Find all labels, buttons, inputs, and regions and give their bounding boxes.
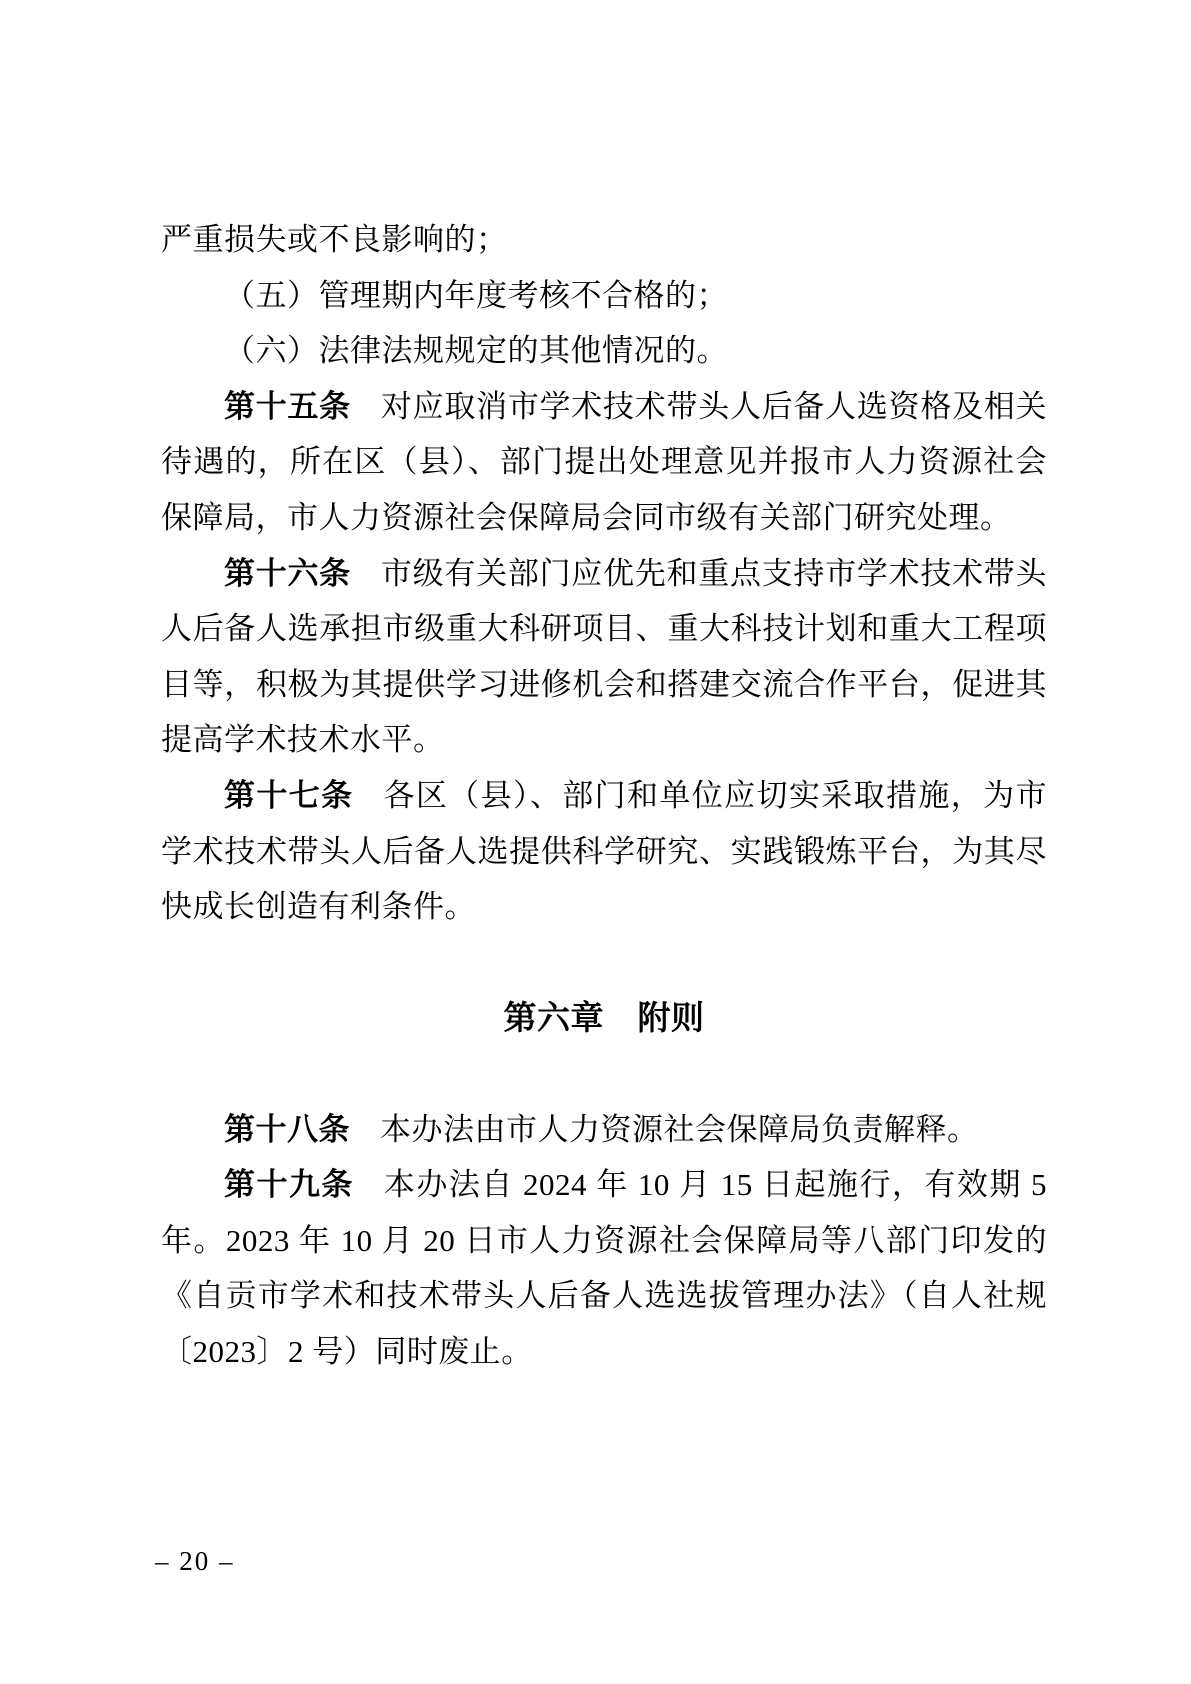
text-line: 年。2023 年 10 月 20 日市人力资源社会保障局等八部门印发的 bbox=[161, 1213, 1047, 1269]
text-line: 第十六条市级有关部门应优先和重点支持市学术技术带头 bbox=[161, 546, 1047, 602]
line-text: 提高学术技术水平。 bbox=[161, 722, 445, 757]
text-line: 第十五条对应取消市学术技术带头人后备人选资格及相关 bbox=[161, 379, 1047, 435]
blank-line bbox=[161, 935, 1047, 991]
line-text: 目等，积极为其提供学习进修机会和搭建交流合作平台，促进其 bbox=[161, 667, 1047, 702]
text-line: 第十九条本办法自 2024 年 10 月 15 日起施行，有效期 5 bbox=[161, 1157, 1047, 1213]
document-body: 严重损失或不良影响的；（五）管理期内年度考核不合格的；（六）法律法规规定的其他情… bbox=[161, 212, 1047, 1379]
text-line: （六）法律法规规定的其他情况的。 bbox=[161, 323, 1047, 379]
text-line: 提高学术技术水平。 bbox=[161, 712, 1047, 768]
line-text: 人后备人选承担市级重大科研项目、重大科技计划和重大工程项 bbox=[161, 611, 1047, 646]
text-line: 第十八条本办法由市人力资源社会保障局负责解释。 bbox=[161, 1102, 1047, 1158]
text-line: 快成长创造有利条件。 bbox=[161, 879, 1047, 935]
text-line: 学术技术带头人后备人选提供科学研究、实践锻炼平台，为其尽 bbox=[161, 824, 1047, 880]
blank-line bbox=[161, 1046, 1047, 1102]
line-text: （六）法律法规规定的其他情况的。 bbox=[224, 333, 728, 368]
page-number: – 20 – bbox=[155, 1544, 235, 1578]
line-text: 快成长创造有利条件。 bbox=[161, 889, 476, 924]
article-number: 第十七条 bbox=[224, 778, 354, 813]
text-line: 人后备人选承担市级重大科研项目、重大科技计划和重大工程项 bbox=[161, 601, 1047, 657]
chapter-heading: 第六章 附则 bbox=[161, 990, 1047, 1046]
text-line: 目等，积极为其提供学习进修机会和搭建交流合作平台，促进其 bbox=[161, 657, 1047, 713]
text-line: 第十七条各区（县）、部门和单位应切实采取措施，为市 bbox=[161, 768, 1047, 824]
article-number: 第十六条 bbox=[224, 556, 351, 591]
document-page: 严重损失或不良影响的；（五）管理期内年度考核不合格的；（六）法律法规规定的其他情… bbox=[0, 0, 1191, 1684]
line-text: 〔2023〕2 号）同时废止。 bbox=[161, 1334, 533, 1369]
line-text: 本办法自 2024 年 10 月 15 日起施行，有效期 5 bbox=[384, 1167, 1047, 1202]
line-text: 年。2023 年 10 月 20 日市人力资源社会保障局等八部门印发的 bbox=[161, 1223, 1047, 1258]
text-line: 《自贡市学术和技术带头人后备人选选拔管理办法》（自人社规 bbox=[161, 1268, 1047, 1324]
text-line: （五）管理期内年度考核不合格的； bbox=[161, 268, 1047, 324]
article-number: 第十九条 bbox=[224, 1167, 354, 1202]
article-number: 第十五条 bbox=[224, 389, 351, 424]
line-text: 待遇的，所在区（县）、部门提出处理意见并报市人力资源社会 bbox=[161, 444, 1047, 479]
line-text: 学术技术带头人后备人选提供科学研究、实践锻炼平台，为其尽 bbox=[161, 834, 1047, 869]
text-line: 保障局，市人力资源社会保障局会同市级有关部门研究处理。 bbox=[161, 490, 1047, 546]
line-text: 本办法由市人力资源社会保障局负责解释。 bbox=[380, 1112, 979, 1147]
line-text: 《自贡市学术和技术带头人后备人选选拔管理办法》（自人社规 bbox=[161, 1278, 1047, 1313]
text-line: 〔2023〕2 号）同时废止。 bbox=[161, 1324, 1047, 1380]
line-text: 市级有关部门应优先和重点支持市学术技术带头 bbox=[381, 556, 1047, 591]
line-text: （五）管理期内年度考核不合格的； bbox=[224, 278, 728, 313]
text-line: 待遇的，所在区（县）、部门提出处理意见并报市人力资源社会 bbox=[161, 434, 1047, 490]
line-text: 严重损失或不良影响的； bbox=[161, 222, 508, 257]
line-text: 对应取消市学术技术带头人后备人选资格及相关 bbox=[381, 389, 1047, 424]
line-text: 各区（县）、部门和单位应切实采取措施，为市 bbox=[384, 778, 1048, 813]
text-line: 严重损失或不良影响的； bbox=[161, 212, 1047, 268]
line-text: 保障局，市人力资源社会保障局会同市级有关部门研究处理。 bbox=[161, 500, 1012, 535]
article-number: 第十八条 bbox=[224, 1112, 350, 1147]
